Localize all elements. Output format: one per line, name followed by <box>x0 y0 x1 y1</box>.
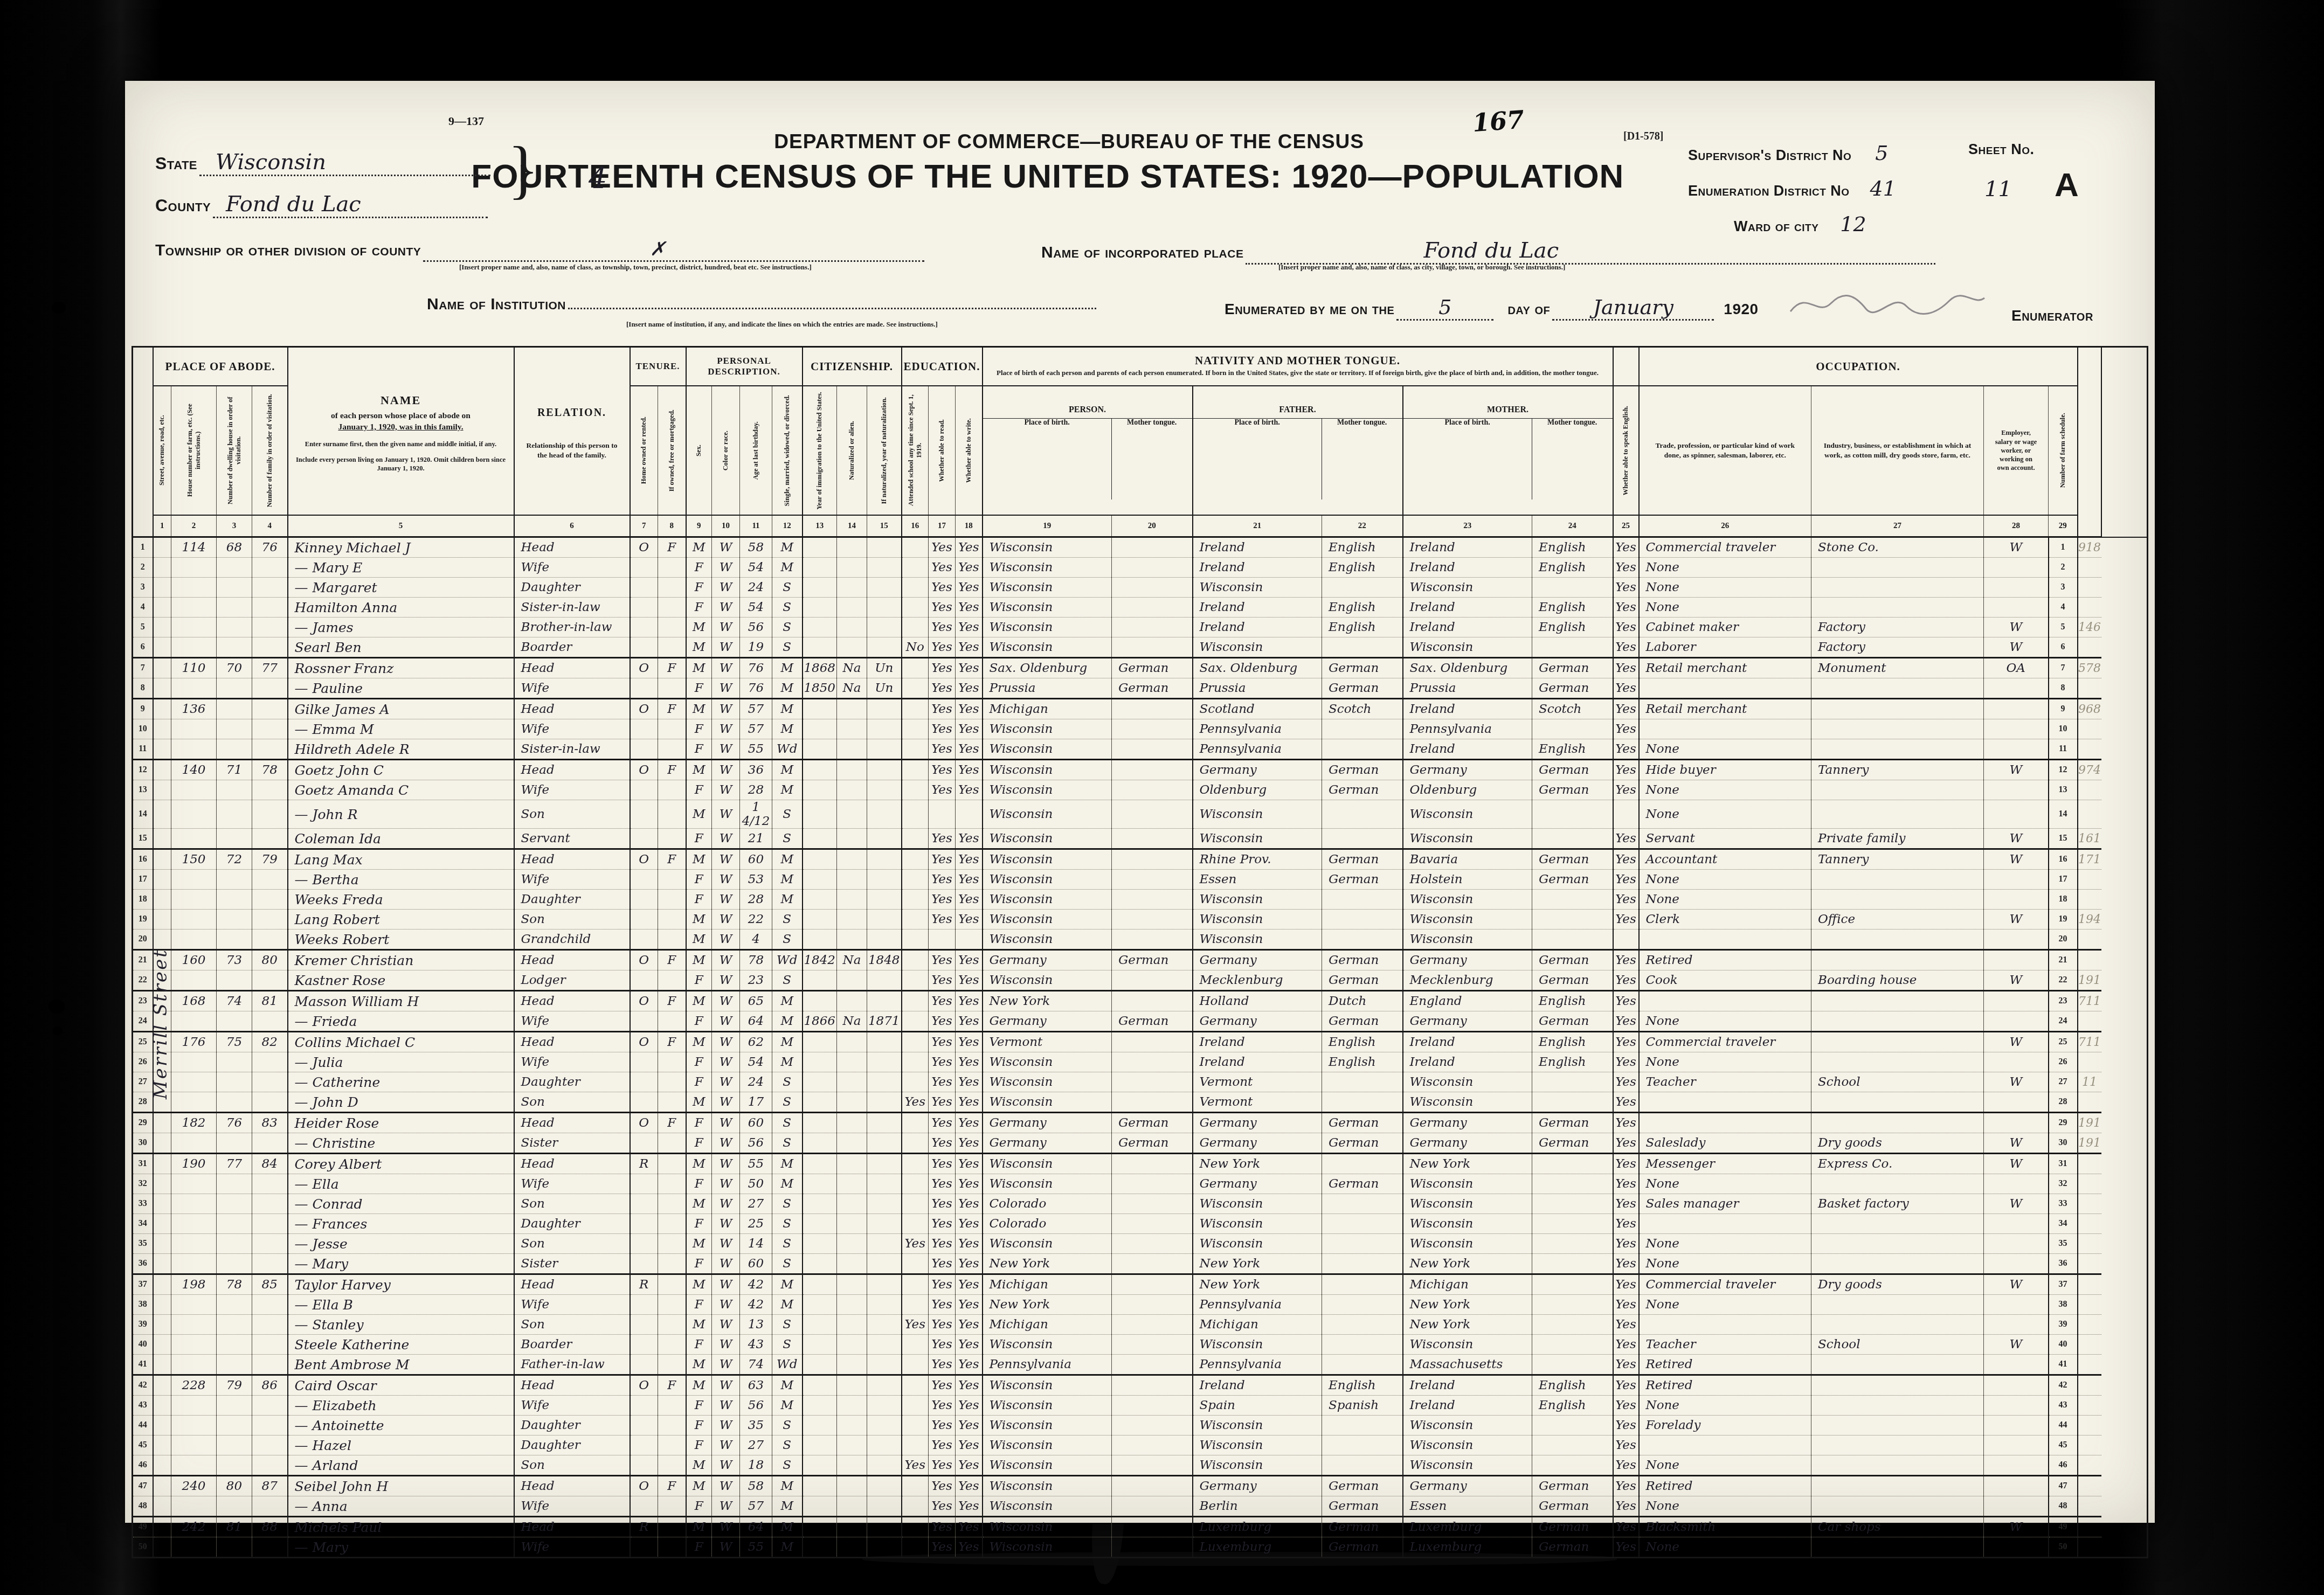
cell-work_class <box>1984 1455 2049 1476</box>
line-number-left: 44 <box>133 1416 153 1435</box>
cell-name: Kremer Christian <box>288 950 514 970</box>
cell-color: W <box>712 578 740 598</box>
cell-name: Coleman Ida <box>288 829 514 849</box>
group-citizenship: CITIZENSHIP. <box>803 347 902 386</box>
cell-age: 17 <box>740 1092 772 1113</box>
table-row: 39— StanleySonMW13SYesYesYesMichiganMich… <box>133 1315 2148 1335</box>
cell-read: Yes <box>929 1355 956 1375</box>
table-row: 291827683Heider RoseHeadOFFW60SYesYesGer… <box>133 1113 2148 1133</box>
cell-m_mt <box>1532 1154 1613 1174</box>
cell-m_mt: English <box>1532 558 1613 578</box>
cell-nat_year <box>867 970 902 991</box>
cell-f_mt <box>1322 739 1403 760</box>
cell-sex: F <box>686 970 712 991</box>
cell-work_class <box>1984 1396 2049 1416</box>
cell-mortgage <box>658 578 686 598</box>
cell-m_pob: Bavaria <box>1403 849 1532 870</box>
cell-nat <box>837 537 867 558</box>
table-row: 24— FriedaWifeFW64M1866Na1871YesYesGerma… <box>133 1011 2148 1032</box>
cell-nat_year <box>867 578 902 598</box>
cell-school <box>902 1274 929 1295</box>
cell-m_pob: Prussia <box>1403 678 1532 699</box>
cell-english: Yes <box>1613 1113 1639 1133</box>
cell-occupation: None <box>1639 800 1811 829</box>
cell-sex: M <box>686 1355 712 1375</box>
cell-m_pob: Ireland <box>1403 1032 1532 1052</box>
cell-nat <box>837 780 867 800</box>
cell-name: — Christine <box>288 1133 514 1154</box>
cell-age: 57 <box>740 719 772 739</box>
cell-family: 84 <box>252 1154 288 1174</box>
cell-work_class <box>1984 1254 2049 1274</box>
cell-house <box>171 578 217 598</box>
cell-relation: Sister <box>514 1133 630 1154</box>
cell-nat <box>837 598 867 618</box>
incorporated-place-note: [Insert proper name and, also, name of c… <box>1278 263 1565 272</box>
cell-name: — John D <box>288 1092 514 1113</box>
cell-f_mt <box>1322 1295 1403 1315</box>
cell-school <box>902 970 929 991</box>
cell-color: W <box>712 780 740 800</box>
cell-industry: Factory <box>1811 618 1984 637</box>
margin-note: 161 <box>2078 829 2101 849</box>
cell-house <box>171 970 217 991</box>
cell-sex: M <box>686 1234 712 1254</box>
cell-f_pob: Wisconsin <box>1193 1234 1322 1254</box>
cell-mt <box>1112 1274 1193 1295</box>
cell-occupation: Cook <box>1639 970 1811 991</box>
cell-m_pob: Wisconsin <box>1403 1214 1532 1234</box>
cell-imm_year <box>803 1254 837 1274</box>
cell-house <box>171 780 217 800</box>
line-number-left: 34 <box>133 1214 153 1234</box>
cell-industry <box>1811 1214 1984 1234</box>
cell-english: Yes <box>1613 1092 1639 1113</box>
table-row: 35— JesseSonMW14SYesYesYesWisconsinWisco… <box>133 1234 2148 1254</box>
cell-m_pob: Germany <box>1403 1476 1532 1496</box>
cell-age: 54 <box>740 1052 772 1072</box>
cell-f_mt <box>1322 1315 1403 1335</box>
cell-f_mt <box>1322 578 1403 598</box>
table-row: 17— BerthaWifeFW53MYesYesWisconsinEssenG… <box>133 870 2148 890</box>
line-number-left: 7 <box>133 658 153 678</box>
cell-dwelling <box>217 1214 252 1234</box>
cell-read: Yes <box>929 1315 956 1335</box>
line-number-left: 5 <box>133 618 153 637</box>
line-number-right: 21 <box>2049 950 2078 970</box>
cell-m_pob: Michigan <box>1403 1274 1532 1295</box>
cell-m_mt <box>1532 1355 1613 1375</box>
cell-work_class <box>1984 1234 2049 1254</box>
cell-dwelling <box>217 1455 252 1476</box>
cell-house <box>171 1072 217 1092</box>
margin-note <box>2078 1455 2101 1476</box>
cell-imm_year <box>803 1274 837 1295</box>
cell-read: Yes <box>929 1295 956 1315</box>
cell-f_mt: German <box>1322 970 1403 991</box>
cell-relation: Head <box>514 1274 630 1295</box>
supervisor-district-label: Supervisor's District No <box>1688 147 1851 163</box>
cell-street <box>153 598 171 618</box>
cell-work_class: W <box>1984 1072 2049 1092</box>
cell-dwelling: 74 <box>217 991 252 1011</box>
cell-home: O <box>630 991 658 1011</box>
margin-note <box>2078 1517 2101 1537</box>
cell-english: Yes <box>1613 678 1639 699</box>
cell-m_pob: Wisconsin <box>1403 910 1532 930</box>
cell-home <box>630 1295 658 1315</box>
line-number-left: 30 <box>133 1133 153 1154</box>
cell-home <box>630 678 658 699</box>
cell-imm_year <box>803 1092 837 1113</box>
cell-age: 60 <box>740 849 772 870</box>
cell-occupation: None <box>1639 1295 1811 1315</box>
col-home-header: Home owned or rented. <box>630 386 658 515</box>
cell-pob: Wisconsin <box>983 1174 1112 1194</box>
cell-home <box>630 1072 658 1092</box>
cell-pob: Germany <box>983 1113 1112 1133</box>
cell-read: Yes <box>929 1396 956 1416</box>
margin-note <box>2078 800 2101 829</box>
line-number-left: 39 <box>133 1315 153 1335</box>
margin-note: 11 <box>2078 1072 2101 1092</box>
cell-m_pob: Massachusetts <box>1403 1355 1532 1375</box>
table-row: 311907784Corey AlbertHeadRMW55MYesYesWis… <box>133 1154 2148 1174</box>
cell-write: Yes <box>956 910 983 930</box>
cell-pob: Wisconsin <box>983 930 1112 950</box>
ward-value: 12 <box>1840 212 1866 236</box>
cell-f_mt <box>1322 1092 1403 1113</box>
cell-mortgage <box>658 1234 686 1254</box>
cell-write: Yes <box>956 1517 983 1537</box>
cell-mt <box>1112 1052 1193 1072</box>
table-row: 15Coleman IdaServantFW21SYesYesWisconsin… <box>133 829 2148 849</box>
table-row: 11Hildreth Adele RSister-in-lawFW55WdYes… <box>133 739 2148 760</box>
cell-home <box>630 1496 658 1517</box>
margin-note: 974 <box>2078 760 2101 780</box>
cell-f_pob: Germany <box>1193 760 1322 780</box>
cell-occupation: None <box>1639 1496 1811 1517</box>
cell-color: W <box>712 618 740 637</box>
institution-note: [Insert name of institution, if any, and… <box>626 320 938 329</box>
cell-f_pob: Germany <box>1193 1174 1322 1194</box>
cell-english: Yes <box>1613 1295 1639 1315</box>
cell-pob: Wisconsin <box>983 598 1112 618</box>
scan-speck <box>49 1000 65 1014</box>
cell-school <box>902 1011 929 1032</box>
street-name-vertical: Merrill Street <box>150 797 171 1099</box>
cell-name: — Mary <box>288 1537 514 1558</box>
cell-name: — Stanley <box>288 1315 514 1335</box>
cell-read: Yes <box>929 890 956 910</box>
cell-nat <box>837 739 867 760</box>
cell-school <box>902 1476 929 1496</box>
cell-write: Yes <box>956 537 983 558</box>
cell-house <box>171 1194 217 1214</box>
cell-work_class <box>1984 870 2049 890</box>
cell-work_class <box>1984 1214 2049 1234</box>
cell-english: Yes <box>1613 1032 1639 1052</box>
cell-family <box>252 1011 288 1032</box>
cell-dwelling: 73 <box>217 950 252 970</box>
cell-nat_year <box>867 1092 902 1113</box>
cell-age: 65 <box>740 991 772 1011</box>
cell-work_class: W <box>1984 829 2049 849</box>
cell-m_mt: German <box>1532 1537 1613 1558</box>
col-industry-header: Industry, business, or establishment in … <box>1811 386 1984 515</box>
cell-age: 58 <box>740 537 772 558</box>
col-street-header: Street, avenue, road, etc. <box>153 386 171 515</box>
cell-f_mt: German <box>1322 1496 1403 1517</box>
cell-work_class: W <box>1984 637 2049 658</box>
col-naturalization-year-header: If naturalized, year of naturalization. <box>867 386 902 515</box>
cell-read: Yes <box>929 1113 956 1133</box>
cell-name: — Hazel <box>288 1435 514 1455</box>
cell-relation: Son <box>514 1455 630 1476</box>
cell-color: W <box>712 930 740 950</box>
cell-sex: M <box>686 1092 712 1113</box>
cell-m_mt: English <box>1532 537 1613 558</box>
cell-street <box>153 1455 171 1476</box>
cell-pob: Wisconsin <box>983 1052 1112 1072</box>
line-number-left: 36 <box>133 1254 153 1274</box>
cell-work_class <box>1984 1496 2049 1517</box>
cell-mt <box>1112 760 1193 780</box>
cell-house: 190 <box>171 1154 217 1174</box>
table-row: 211607380Kremer ChristianHeadOFMW78Wd184… <box>133 950 2148 970</box>
cell-occupation: None <box>1639 1254 1811 1274</box>
nativity-title: NATIVITY AND MOTHER TONGUE. <box>983 354 1613 367</box>
cell-m_mt: German <box>1532 950 1613 970</box>
cell-dwelling <box>217 1435 252 1455</box>
cell-m_pob: Ireland <box>1403 537 1532 558</box>
cell-english: Yes <box>1613 558 1639 578</box>
cell-family <box>252 829 288 849</box>
cell-relation: Head <box>514 991 630 1011</box>
cell-color: W <box>712 1416 740 1435</box>
line-number-right: 44 <box>2049 1416 2078 1435</box>
cell-work_class <box>1984 678 2049 699</box>
line-number-right: 50 <box>2049 1537 2078 1558</box>
cell-english: Yes <box>1613 637 1639 658</box>
cell-nat_year <box>867 1335 902 1355</box>
cell-read: Yes <box>929 1194 956 1214</box>
cell-occupation: Blacksmith <box>1639 1517 1811 1537</box>
cell-sex: F <box>686 890 712 910</box>
cell-dwelling: 75 <box>217 1032 252 1052</box>
cell-relation: Son <box>514 1092 630 1113</box>
cell-nat <box>837 1315 867 1335</box>
table-row: 50— MaryWifeFW55MYesYesWisconsinLuxembur… <box>133 1537 2148 1558</box>
table-row: 33— ConradSonMW27SYesYesColoradoWisconsi… <box>133 1194 2148 1214</box>
col-age-header: Age at last birthday. <box>740 386 772 515</box>
margin-note: 578 <box>2078 658 2101 678</box>
cell-work_class <box>1984 950 2049 970</box>
line-number-left: 47 <box>133 1476 153 1496</box>
table-row: 28— John DSonMW17SYesYesYesWisconsinVerm… <box>133 1092 2148 1113</box>
cell-english: Yes <box>1613 890 1639 910</box>
cell-nat_year <box>867 537 902 558</box>
cell-dwelling <box>217 637 252 658</box>
plate-number: [D1-578] <box>1623 130 1663 143</box>
cell-read: Yes <box>929 829 956 849</box>
cell-nat_year <box>867 739 902 760</box>
cell-relation: Wife <box>514 1295 630 1315</box>
cell-read: Yes <box>929 537 956 558</box>
cell-sex: F <box>686 719 712 739</box>
line-number-right: 13 <box>2049 780 2078 800</box>
cell-sex: M <box>686 950 712 970</box>
cell-street <box>153 1154 171 1174</box>
cell-name: Corey Albert <box>288 1154 514 1174</box>
cell-sex: M <box>686 1274 712 1295</box>
cell-english: Yes <box>1613 1274 1639 1295</box>
cell-sex: F <box>686 739 712 760</box>
cell-english: Yes <box>1613 870 1639 890</box>
group-education: EDUCATION. <box>902 347 983 386</box>
cell-mt <box>1112 1435 1193 1455</box>
line-number-left: 38 <box>133 1295 153 1315</box>
line-number-right: 48 <box>2049 1496 2078 1517</box>
cell-mortgage <box>658 1496 686 1517</box>
margin-note <box>2078 930 2101 950</box>
cell-relation: Daughter <box>514 1214 630 1234</box>
cell-industry: School <box>1811 1335 1984 1355</box>
cell-f_pob: Vermont <box>1193 1092 1322 1113</box>
cell-occupation <box>1639 930 1811 950</box>
cell-occupation: Commercial traveler <box>1639 537 1811 558</box>
cell-nat <box>837 719 867 739</box>
cell-write: Yes <box>956 1416 983 1435</box>
cell-occupation: Forelady <box>1639 1416 1811 1435</box>
cell-street <box>153 1416 171 1435</box>
cell-f_pob: Sax. Oldenburg <box>1193 658 1322 678</box>
cell-dwelling: 80 <box>217 1476 252 1496</box>
cell-mortgage <box>658 1517 686 1537</box>
cell-marital: M <box>772 991 803 1011</box>
cell-pob: Germany <box>983 1133 1112 1154</box>
line-number-right: 38 <box>2049 1295 2078 1315</box>
cell-color: W <box>712 1113 740 1133</box>
cell-pob: Germany <box>983 950 1112 970</box>
cell-street <box>153 1476 171 1496</box>
table-row: 38— Ella BWifeFW42MYesYesNew YorkPennsyl… <box>133 1295 2148 1315</box>
cell-pob: Wisconsin <box>983 800 1112 829</box>
margin-note <box>2078 1496 2101 1517</box>
line-number-left: 35 <box>133 1234 153 1254</box>
cell-english: Yes <box>1613 739 1639 760</box>
cell-marital: M <box>772 1375 803 1396</box>
cell-f_pob: Wisconsin <box>1193 1455 1322 1476</box>
cell-m_pob: Wisconsin <box>1403 1072 1532 1092</box>
line-number-right: 20 <box>2049 930 2078 950</box>
cell-m_mt <box>1532 1234 1613 1254</box>
cell-mt <box>1112 970 1193 991</box>
cell-nat <box>837 558 867 578</box>
cell-pob: Germany <box>983 1011 1112 1032</box>
margin-note <box>2078 1396 2101 1416</box>
col-read-header: Whether able to read. <box>929 386 956 515</box>
cell-mortgage <box>658 780 686 800</box>
cell-family <box>252 1435 288 1455</box>
line-number-right: 47 <box>2049 1476 2078 1496</box>
cell-color: W <box>712 1032 740 1052</box>
cell-pob: Wisconsin <box>983 910 1112 930</box>
cell-street <box>153 1496 171 1517</box>
cell-mt <box>1112 1315 1193 1335</box>
cell-relation: Wife <box>514 678 630 699</box>
cell-mortgage <box>658 890 686 910</box>
cell-m_pob: Wisconsin <box>1403 890 1532 910</box>
cell-mt: German <box>1112 950 1193 970</box>
cell-mt <box>1112 1214 1193 1234</box>
margin-note <box>2078 1416 2101 1435</box>
line-number-right: 28 <box>2049 1092 2078 1113</box>
cell-house <box>171 1315 217 1335</box>
cell-mt <box>1112 1476 1193 1496</box>
cell-english: Yes <box>1613 1133 1639 1154</box>
cell-relation: Head <box>514 1375 630 1396</box>
cell-mortgage <box>658 1092 686 1113</box>
cell-mortgage <box>658 870 686 890</box>
cell-family <box>252 1174 288 1194</box>
cell-f_mt: German <box>1322 1133 1403 1154</box>
cell-f_pob: Germany <box>1193 1476 1322 1496</box>
cell-f_mt: German <box>1322 1174 1403 1194</box>
cell-name: — Bertha <box>288 870 514 890</box>
cell-name: — Emma M <box>288 719 514 739</box>
cell-m_mt <box>1532 829 1613 849</box>
cell-house: 136 <box>171 699 217 719</box>
cell-f_pob: Germany <box>1193 950 1322 970</box>
cell-m_mt: English <box>1532 739 1613 760</box>
cell-write: Yes <box>956 1214 983 1234</box>
cell-nat <box>837 1537 867 1558</box>
cell-english: Yes <box>1613 970 1639 991</box>
cell-home: O <box>630 658 658 678</box>
cell-read: Yes <box>929 870 956 890</box>
cell-mt <box>1112 1416 1193 1435</box>
cell-house <box>171 1355 217 1375</box>
cell-family <box>252 1092 288 1113</box>
cell-work_class <box>1984 1011 2049 1032</box>
cell-work_class <box>1984 890 2049 910</box>
cell-dwelling <box>217 1416 252 1435</box>
cell-f_pob: Wisconsin <box>1193 578 1322 598</box>
cell-home <box>630 930 658 950</box>
cell-relation: Boarder <box>514 637 630 658</box>
cell-street <box>153 739 171 760</box>
line-number-left: 13 <box>133 780 153 800</box>
cell-mortgage <box>658 1335 686 1355</box>
margin-note <box>2078 1011 2101 1032</box>
cell-house <box>171 558 217 578</box>
cell-read: Yes <box>929 991 956 1011</box>
cell-dwelling <box>217 1537 252 1558</box>
enumerated-day: 5 <box>1438 295 1451 319</box>
cell-nat <box>837 1295 867 1315</box>
cell-street <box>153 1435 171 1455</box>
cell-family <box>252 1295 288 1315</box>
cell-family <box>252 780 288 800</box>
cell-school <box>902 1335 929 1355</box>
cell-marital: S <box>772 578 803 598</box>
cell-f_mt <box>1322 719 1403 739</box>
margin-note <box>2078 719 2101 739</box>
cell-english: Yes <box>1613 1254 1639 1274</box>
cell-industry <box>1811 598 1984 618</box>
cell-f_pob: Mecklenburg <box>1193 970 1322 991</box>
